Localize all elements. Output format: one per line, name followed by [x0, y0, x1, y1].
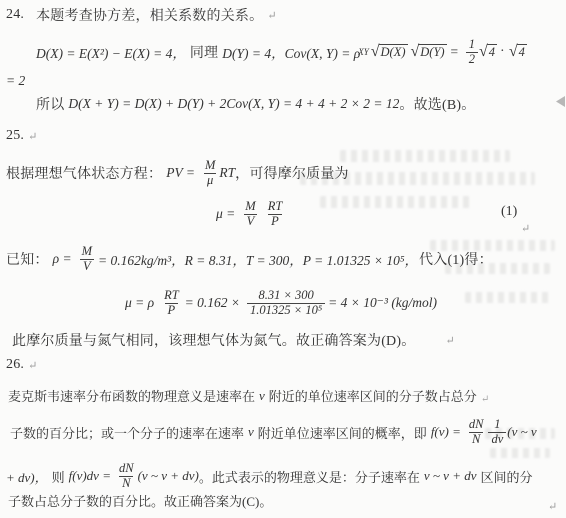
fraction-denominator: P	[165, 303, 179, 318]
math-segment: = 4 × 10⁻³ (kg/mol)	[328, 295, 437, 311]
math-segment: (v ~ v	[507, 424, 536, 440]
sqrt-dy: √ D(Y)	[411, 44, 447, 61]
text-segment: 根据理想气体状态方程：	[6, 163, 162, 183]
rho-subscript: XY	[358, 47, 369, 57]
fraction-numerator: dN	[116, 462, 137, 476]
text-segment: 代入(1)得：	[419, 249, 493, 269]
math-segment: ρ =	[53, 251, 72, 267]
problem-number: 25.	[6, 128, 24, 144]
text-segment: ，可得摩尔质量为	[235, 163, 349, 183]
problem-25-heading: 25. ↵	[6, 128, 41, 144]
paragraph-return-icon: ↵	[28, 359, 37, 372]
paragraph-return-icon: ↵	[548, 500, 557, 513]
equation-number: (1)	[501, 204, 517, 220]
fraction-denominator: N	[469, 432, 483, 447]
math-segment: v	[259, 388, 265, 404]
problem-26-heading: 26. ↵	[6, 357, 41, 373]
fraction-numerator: M	[79, 245, 95, 259]
scanned-document-page: 24. 本题考查协方差，相关系数的关系。 ↵ D(X) = E(X²) − E(…	[0, 0, 566, 518]
radicand: D(Y)	[418, 44, 446, 61]
fraction-rt-over-p: RT P	[265, 200, 286, 229]
math-segment: (v ~ v + dv)	[138, 468, 199, 484]
fraction-numerator: 8.31 × 300	[255, 289, 316, 303]
math-segment: PV =	[166, 165, 195, 181]
p26-text-line-2: 子数的百分比；或一个分子的速率在速率 v 附近单位速率区间的概率，即 f(v) …	[10, 409, 541, 455]
middle-dot: ·	[500, 44, 505, 60]
text-segment: 附近的单位速率区间的分子数占总分	[269, 386, 477, 405]
p25-given-line: 已知： ρ = M V = 0.162kg/m³，R = 8.31，T = 30…	[6, 237, 497, 281]
radicand: 4	[517, 44, 527, 61]
p24-formula-continuation: = 2	[6, 72, 25, 90]
problem-number: 26.	[6, 357, 24, 373]
p25-equation-2: μ = ρ RT P = 0.162 × 8.31 × 300 1.01325 …	[0, 279, 566, 327]
text-segment: 已知：	[6, 249, 49, 269]
math-segment: = 2	[6, 73, 25, 88]
math-segment: = 0.162 ×	[185, 295, 240, 311]
sqrt-four: √ 4	[479, 44, 497, 61]
math-segment: v	[248, 424, 254, 440]
p24-formula-line-1: D(X) = E(X²) − E(X) = 4， 同理 D(Y) = 4，Cov…	[36, 31, 530, 73]
math-segment: μ = ρ	[125, 295, 154, 311]
p25-equation-1: μ = M V RT P (1) ↵	[0, 192, 566, 236]
text-segment: 此摩尔质量与氮气相同，该理想气体为氮气。故正确答案为(D)。	[12, 330, 415, 350]
paragraph-return-icon: ↵	[445, 334, 454, 347]
text-segment: 附近单位速率区间的概率，即	[258, 423, 427, 442]
problem-24-heading: 24. 本题考查协方差，相关系数的关系。 ↵	[6, 5, 281, 25]
text-segment: 同理	[190, 42, 218, 62]
fraction-denominator: μ	[204, 173, 216, 188]
text-segment: 子数占总分子数的百分比。故正确答案为(C)。	[8, 494, 272, 509]
fraction-numerator: M	[242, 200, 258, 214]
fraction-denominator: 1.01325 × 10⁵	[247, 303, 325, 318]
math-segment: f(v) =	[431, 424, 461, 440]
sqrt-four: √ 4	[509, 44, 527, 61]
fraction-numerator: 1	[466, 38, 478, 52]
fraction-dn-over-n: dN N	[466, 418, 487, 447]
p25-intro-line: 根据理想气体状态方程： PV = M μ RT ，可得摩尔质量为	[6, 151, 353, 195]
p26-text-line-4: 子数占总分子数的百分比。故正确答案为(C)。	[8, 491, 272, 511]
text-segment: 。故选(B)。	[399, 94, 475, 114]
fraction-m-over-v: M V	[79, 245, 95, 274]
fraction-numerator: RT	[265, 200, 286, 214]
math-segment: f(v)dv =	[69, 468, 111, 484]
fraction-denominator: P	[268, 214, 282, 229]
fraction-rt-over-p: RT P	[161, 289, 182, 318]
text-segment: 所以	[36, 94, 64, 114]
p24-conclusion-line: 所以 D(X + Y) = D(X) + D(Y) + 2Cov(X, Y) =…	[36, 94, 479, 114]
p26-text-line-1: 麦克斯韦速率分布函数的物理意义是速率在 v 附近的单位速率区间的分子数占总分 ↵	[8, 386, 493, 405]
fraction-denominator: V	[244, 214, 258, 229]
math-segment: D(Y) = 4，Cov(X, Y) = ρ	[222, 42, 360, 62]
paragraph-return-icon: ↵	[267, 9, 276, 22]
text-segment: 子数的百分比；或一个分子的速率在速率	[10, 423, 244, 442]
fraction-dn-over-n: dN N	[116, 462, 137, 491]
problem-title: 本题考查协方差，相关系数的关系。	[36, 5, 263, 25]
p25-conclusion-line: 此摩尔质量与氮气相同，该理想气体为氮气。故正确答案为(D)。 ↵	[12, 330, 459, 350]
math-segment: μ =	[216, 206, 235, 222]
paragraph-return-icon: ↵	[28, 130, 37, 143]
text-segment: 麦克斯韦速率分布函数的物理意义是速率在	[8, 386, 255, 405]
fraction-denominator: dv	[488, 432, 506, 447]
fraction-numerator: dN	[466, 418, 487, 432]
fraction-denominator: 2	[466, 52, 478, 67]
math-segment: = 0.162kg/m³，R = 8.31，T = 300，P = 1.0132…	[98, 249, 418, 269]
fraction-m-over-v: M V	[242, 200, 258, 229]
math-segment: RT	[219, 165, 235, 181]
scan-edge-artifact	[556, 96, 565, 107]
problem-number: 24.	[6, 7, 24, 23]
fraction-denominator: V	[80, 259, 94, 274]
paragraph-return-icon: ↵	[521, 222, 530, 235]
equals-sign: =	[450, 44, 459, 60]
math-segment: D(X) = E(X²) − E(X) = 4，	[36, 42, 186, 62]
math-segment: v ~ v + dv	[424, 468, 477, 484]
text-segment: 。此式表示的物理意义是：分子速率在	[199, 467, 420, 486]
math-segment: D(X + Y) = D(X) + D(Y) + 2Cov(X, Y) = 4 …	[68, 96, 399, 112]
fraction-numerator: RT	[161, 289, 182, 303]
fraction-one-half: 1 2	[466, 38, 478, 67]
text-segment: 区间的分	[481, 467, 533, 486]
fraction-one-over-dv: 1 dv	[488, 418, 506, 447]
radicand: 4	[487, 44, 497, 61]
fraction-numerator: 1	[491, 418, 503, 432]
p25-eq1-body: μ = M V RT P	[216, 192, 288, 236]
paragraph-return-icon: ↵	[481, 394, 489, 405]
fraction-m-over-mu: M μ	[202, 159, 218, 188]
text-segment: 则	[52, 467, 65, 486]
sqrt-dx: √ D(X)	[371, 44, 408, 61]
fraction-numerator: M	[202, 159, 218, 173]
fraction-denominator: N	[119, 476, 133, 491]
scan-bleedthrough-artifact	[340, 150, 510, 162]
fraction-numeric: 8.31 × 300 1.01325 × 10⁵	[247, 289, 325, 318]
math-segment: + dv)，	[6, 467, 48, 486]
radicand: D(X)	[379, 44, 408, 61]
